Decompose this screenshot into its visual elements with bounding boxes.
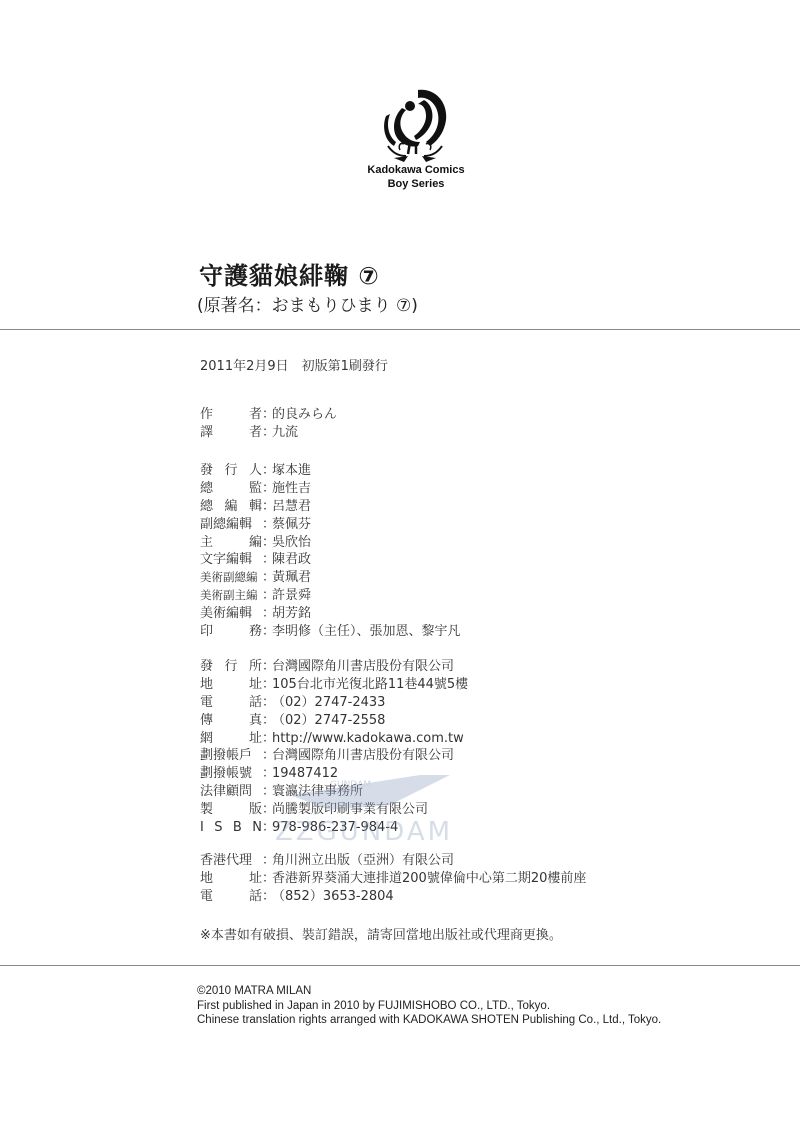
- credit-row: 作者：的良みらん: [200, 406, 337, 424]
- credit-label: 劃撥帳號: [200, 765, 262, 783]
- credit-value: 黃珮君: [272, 569, 311, 587]
- credit-row: 總編輯：呂慧君: [200, 498, 461, 516]
- credit-label: 總編輯: [200, 498, 262, 516]
- credit-row: 美術編輯：胡芳銘: [200, 605, 461, 623]
- credit-label: 美術副主編: [200, 587, 262, 605]
- colon-separator: ：: [262, 480, 272, 498]
- credit-label: 地址: [200, 870, 262, 888]
- credit-value: （852）3653-2804: [272, 888, 394, 906]
- colon-separator: ：: [262, 658, 272, 676]
- book-title: 守護貓娘緋鞠 ⑦: [199, 256, 380, 291]
- colon-separator: ：: [262, 623, 272, 641]
- colon-separator: ：: [262, 694, 272, 712]
- credit-label: 地址: [200, 676, 262, 694]
- watermark-logo-icon: GUNDAM ZZGUNDAM: [270, 765, 460, 845]
- colon-separator: ：: [262, 730, 272, 748]
- imprint-line2: Boy Series: [360, 177, 472, 191]
- credit-label: 發行人: [200, 462, 262, 480]
- colon-separator: ：: [262, 424, 272, 442]
- credit-label: 主編: [200, 534, 262, 552]
- credit-row: 主編：吳欣怡: [200, 534, 461, 552]
- credit-row: 香港代理：角川洲立出版（亞洲）有限公司: [200, 852, 586, 870]
- credit-label: 譯者: [200, 424, 262, 442]
- credit-label: 電話: [200, 694, 262, 712]
- credit-value: 蔡佩芬: [272, 516, 311, 534]
- credit-value: 陳君政: [272, 551, 311, 569]
- credit-row: 電話：（852）3653-2804: [200, 888, 586, 906]
- credit-value: 塚本進: [272, 462, 311, 480]
- credit-label: 美術副總編: [200, 569, 262, 587]
- print-date: 2011年2月9日 初版第1刷發行: [200, 355, 388, 374]
- original-title: (原著名：おまもりひまり ⑦): [197, 291, 418, 316]
- credit-row: 印務：李明修（主任）、張加恩、黎宇凡: [200, 623, 461, 641]
- credit-label: 傳真: [200, 712, 262, 730]
- credit-row: 發行所：台灣國際角川書店股份有限公司: [200, 658, 468, 676]
- credit-row: 地址：香港新界葵涌大連排道200號偉倫中心第二期20樓前座: [200, 870, 586, 888]
- credit-label: 總監: [200, 480, 262, 498]
- credit-row: 美術副總編：黃珮君: [200, 569, 461, 587]
- imprint-line1: Kadokawa Comics: [360, 163, 472, 177]
- colon-separator: ：: [262, 498, 272, 516]
- credit-value: 吳欣怡: [272, 534, 311, 552]
- credit-value: 105台北市光復北路11巷44號5樓: [272, 676, 468, 694]
- credit-row: 傳真：（02）2747-2558: [200, 712, 468, 730]
- colon-separator: ：: [262, 888, 272, 906]
- credit-value: 九流: [272, 424, 298, 442]
- credit-label: 副總編輯: [200, 516, 262, 534]
- credit-label: 劃撥帳戶: [200, 747, 262, 765]
- credit-value: （02）2747-2433: [272, 694, 385, 712]
- credit-row: 文字編輯：陳君政: [200, 551, 461, 569]
- credit-label: 美術編輯: [200, 605, 262, 623]
- replacement-note: ※本書如有破損、裝訂錯誤，請寄回當地出版社或代理商更換。: [200, 924, 562, 943]
- divider-bottom: [0, 965, 800, 966]
- credit-row: 地址：105台北市光復北路11巷44號5樓: [200, 676, 468, 694]
- credit-value: 香港新界葵涌大連排道200號偉倫中心第二期20樓前座: [272, 870, 586, 888]
- credit-value: 胡芳銘: [272, 605, 311, 623]
- credit-row: 電話：（02）2747-2433: [200, 694, 468, 712]
- credit-value: 施性吉: [272, 480, 311, 498]
- credit-row: 總監：施性吉: [200, 480, 461, 498]
- colon-separator: ：: [262, 551, 272, 569]
- phoenix-logo-icon: [380, 86, 450, 164]
- credit-label: 發行所: [200, 658, 262, 676]
- svg-text:ZZGUNDAM: ZZGUNDAM: [275, 817, 453, 845]
- credit-value: 的良みらん: [272, 406, 337, 424]
- credit-value: （02）2747-2558: [272, 712, 385, 730]
- credit-row: 網址：http://www.kadokawa.com.tw: [200, 730, 468, 748]
- credit-value: 台灣國際角川書店股份有限公司: [272, 747, 454, 765]
- credit-row: 副總編輯：蔡佩芬: [200, 516, 461, 534]
- svg-text:GUNDAM: GUNDAM: [330, 780, 371, 790]
- colon-separator: ：: [262, 712, 272, 730]
- credit-row: 劃撥帳戶：台灣國際角川書店股份有限公司: [200, 747, 468, 765]
- divider-top: [0, 329, 800, 330]
- credit-label: 電話: [200, 888, 262, 906]
- imprint-label: Kadokawa Comics Boy Series: [360, 163, 472, 191]
- credit-label: 作者: [200, 406, 262, 424]
- colon-separator: ：: [262, 870, 272, 888]
- credit-label: 印務: [200, 623, 262, 641]
- colon-separator: ：: [262, 605, 272, 623]
- credit-value: 呂慧君: [272, 498, 311, 516]
- credits-authors: 作者：的良みらん譯者：九流: [200, 406, 337, 442]
- credit-row: 美術副主編：許景舜: [200, 587, 461, 605]
- credit-row: 譯者：九流: [200, 424, 337, 442]
- colon-separator: ：: [262, 676, 272, 694]
- credit-label: 香港代理: [200, 852, 262, 870]
- credit-label: 法律顧問: [200, 783, 262, 801]
- credit-label: 文字編輯: [200, 551, 262, 569]
- credit-row: 發行人：塚本進: [200, 462, 461, 480]
- copyright-block: ©2010 MATRA MILAN First published in Jap…: [197, 984, 661, 1028]
- colon-separator: ：: [262, 587, 272, 605]
- first-published-line: First published in Japan in 2010 by FUJI…: [197, 999, 661, 1014]
- credit-value[interactable]: http://www.kadokawa.com.tw: [272, 730, 464, 748]
- credit-label: ISBN: [200, 819, 262, 837]
- colon-separator: ：: [262, 534, 272, 552]
- credits-staff: 發行人：塚本進總監：施性吉總編輯：呂慧君副總編輯：蔡佩芬主編：吳欣怡文字編輯：陳…: [200, 462, 461, 641]
- hk-agent-info: 香港代理：角川洲立出版（亞洲）有限公司地址：香港新界葵涌大連排道200號偉倫中心…: [200, 852, 586, 906]
- credit-label: 製版: [200, 801, 262, 819]
- colon-separator: ：: [262, 516, 272, 534]
- translation-rights-line: Chinese translation rights arranged with…: [197, 1013, 661, 1028]
- colon-separator: ：: [262, 852, 272, 870]
- credit-label: 網址: [200, 730, 262, 748]
- colon-separator: ：: [262, 747, 272, 765]
- credit-value: 李明修（主任）、張加恩、黎宇凡: [272, 623, 461, 641]
- credit-value: 角川洲立出版（亞洲）有限公司: [272, 852, 454, 870]
- credit-value: 許景舜: [272, 587, 311, 605]
- colon-separator: ：: [262, 569, 272, 587]
- colon-separator: ：: [262, 462, 272, 480]
- colon-separator: ：: [262, 406, 272, 424]
- copyright-line: ©2010 MATRA MILAN: [197, 984, 661, 999]
- credit-value: 台灣國際角川書店股份有限公司: [272, 658, 454, 676]
